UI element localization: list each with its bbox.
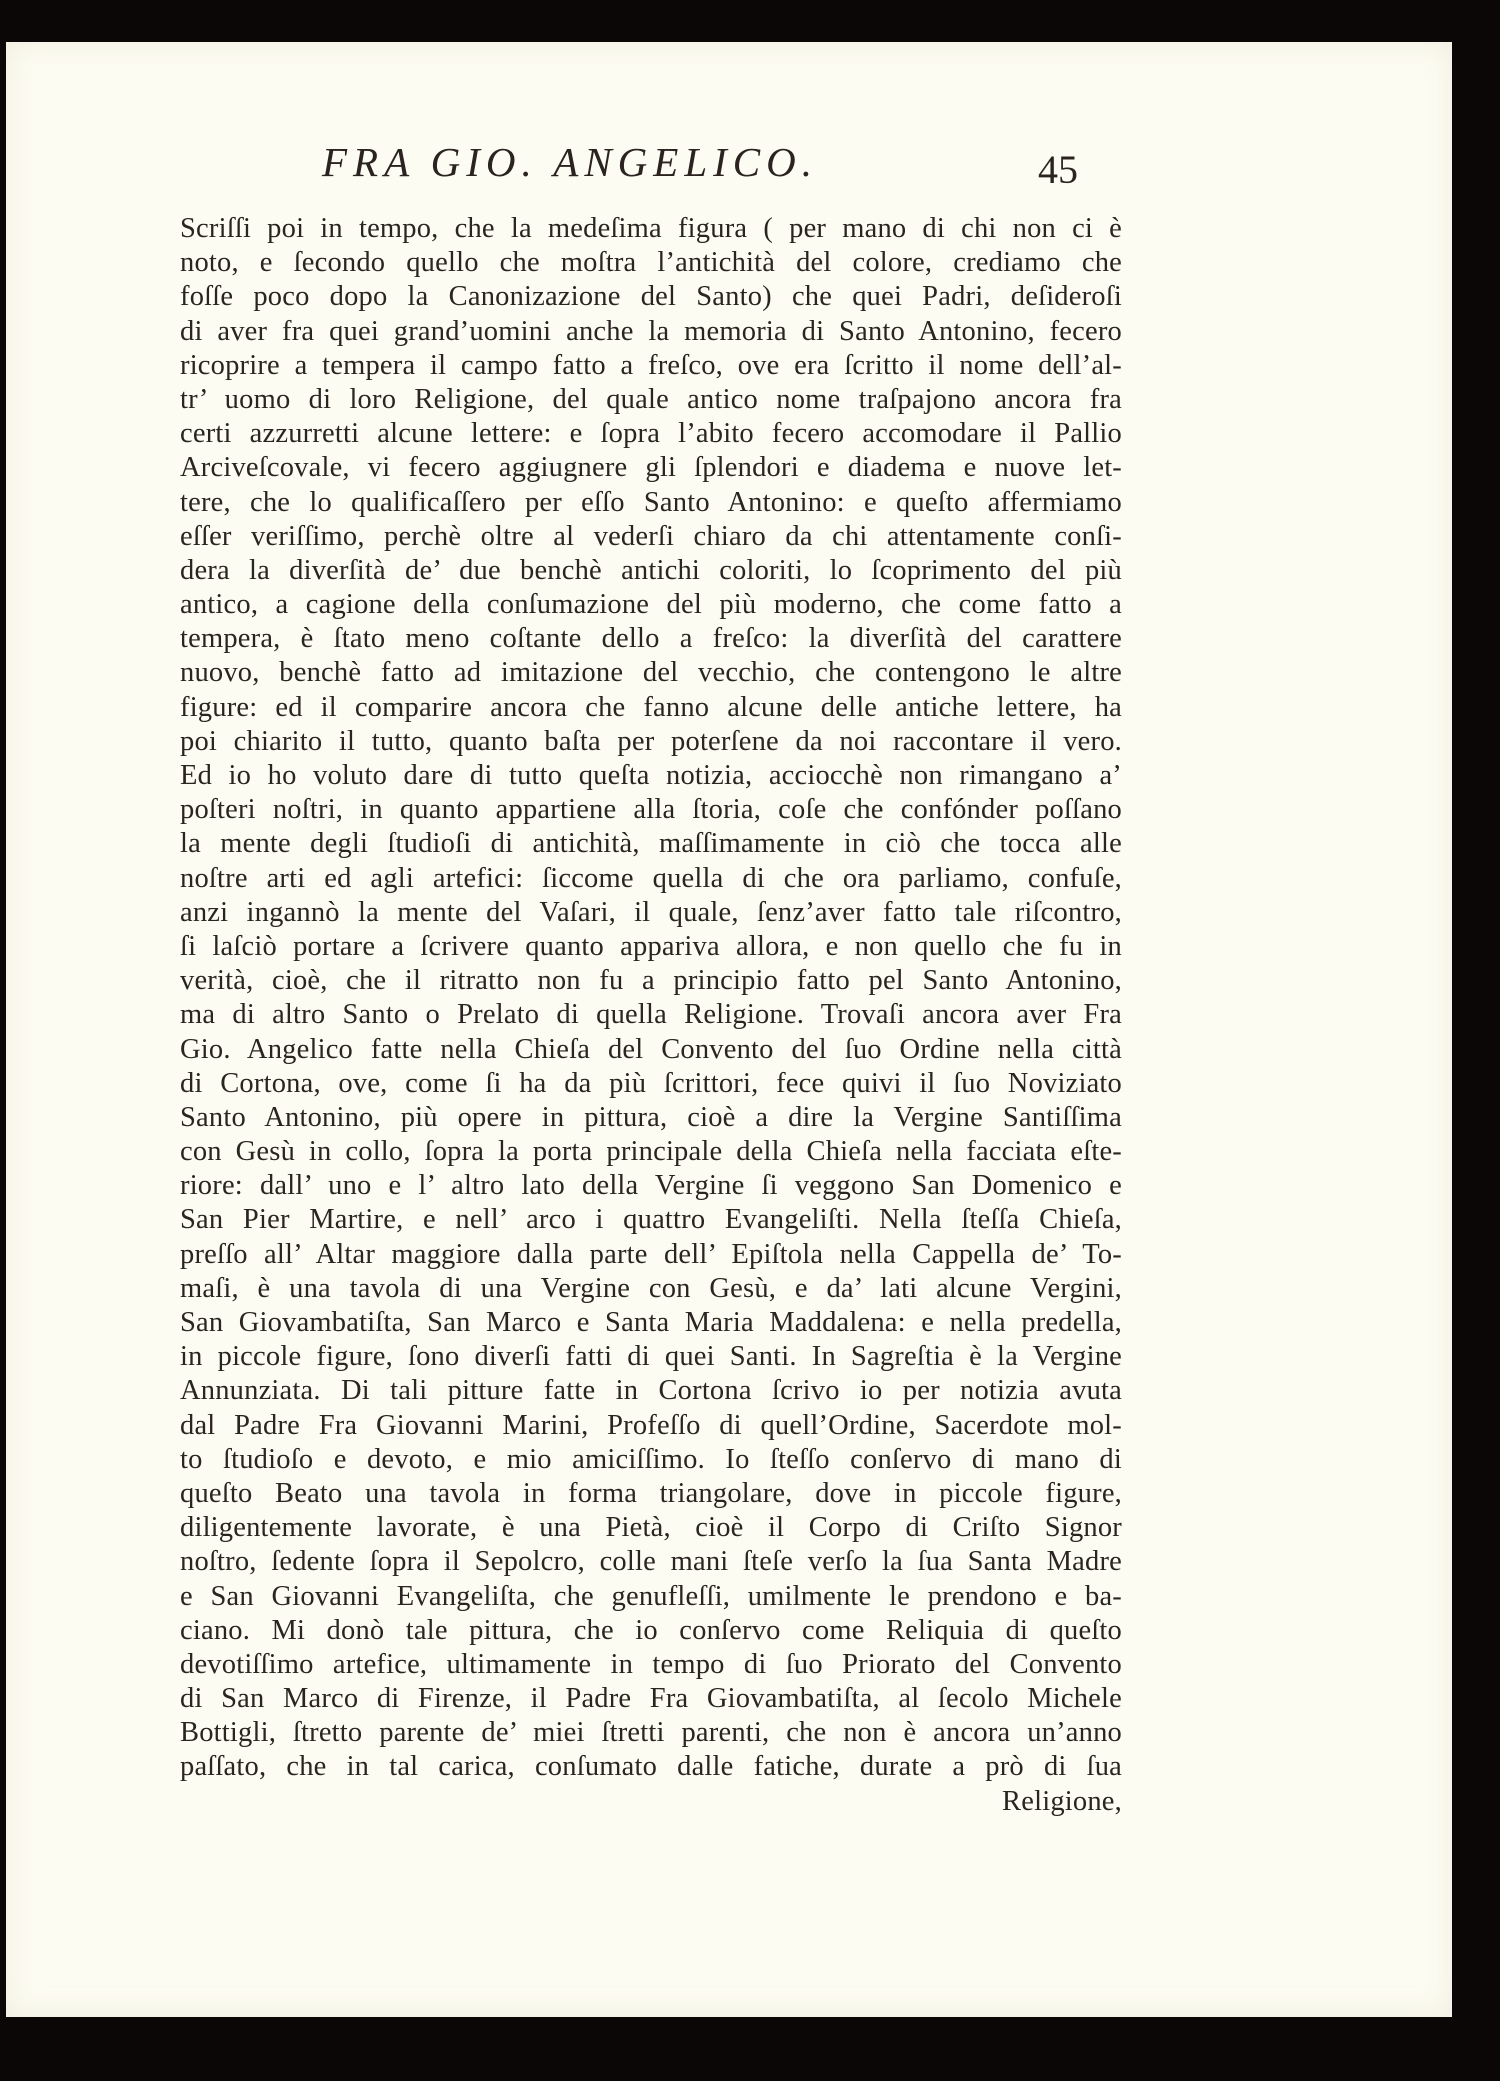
text-line: Arciveſcovale, vi fecero aggiugnere gli … [180, 451, 1122, 485]
text-line: anzi ingannò la mente del Vaſari, il qua… [180, 896, 1122, 930]
text-line: diligentemente lavorate, è una Pietà, ci… [180, 1511, 1122, 1545]
text-line: nuovo, benchè fatto ad imitazione del ve… [180, 656, 1122, 690]
text-line: antico, a cagione della conſumazione del… [180, 588, 1122, 622]
text-line: foſſe poco dopo la Canonizazione del San… [180, 280, 1122, 314]
text-line: Scriſſi poi in tempo, che la medeſima fi… [180, 212, 1122, 246]
text-line: queſto Beato una tavola in forma triango… [180, 1477, 1122, 1511]
text-line: Bottigli, ſtretto parente de’ miei ſtret… [180, 1716, 1122, 1750]
text-line: figure: ed il comparire ancora che fanno… [180, 691, 1122, 725]
page-number: 45 [1038, 146, 1078, 193]
text-line: San Pier Martire, e nell’ arco i quattro… [180, 1203, 1122, 1237]
text-line: Ed io ho voluto dare di tutto queſta not… [180, 759, 1122, 793]
text-line: paſſato, che in tal carica, conſumato da… [180, 1750, 1122, 1784]
text-line: noſtre arti ed agli artefici: ſiccome qu… [180, 862, 1122, 896]
text-line: la mente degli ſtudioſi di antichità, ma… [180, 827, 1122, 861]
text-line: to ſtudioſo e devoto, e mio amiciſſimo. … [180, 1443, 1122, 1477]
text-line: ma di altro Santo o Prelato di quella Re… [180, 998, 1122, 1032]
text-line: Annunziata. Di tali pitture fatte in Cor… [180, 1374, 1122, 1408]
text-line: tempera, è ſtato meno coſtante dello a f… [180, 622, 1122, 656]
text-line: poſteri noſtri, in quanto appartiene all… [180, 793, 1122, 827]
text-line: Santo Antonino, più opere in pittura, ci… [180, 1101, 1122, 1135]
text-line: con Gesù in collo, ſopra la porta princi… [180, 1135, 1122, 1169]
text-line: ciano. Mi donò tale pittura, che io conſ… [180, 1614, 1122, 1648]
text-line: noſtro, ſedente ſopra il Sepolcro, colle… [180, 1545, 1122, 1579]
text-line: dera la diverſità de’ due benchè antichi… [180, 554, 1122, 588]
text-line: devotiſſimo artefice, ultimamente in tem… [180, 1648, 1122, 1682]
text-line: San Giovambatiſta, San Marco e Santa Mar… [180, 1306, 1122, 1340]
text-line: preſſo all’ Altar maggiore dalla parte d… [180, 1238, 1122, 1272]
text-line: dal Padre Fra Giovanni Marini, Profeſſo … [180, 1409, 1122, 1443]
text-line: di aver fra quei grand’uomini anche la m… [180, 315, 1122, 349]
text-line: eſſer veriſſimo, perchè oltre al vederſi… [180, 520, 1122, 554]
text-line: ricoprire a tempera il campo fatto a fre… [180, 349, 1122, 383]
text-line: certi azzurretti alcune lettere: e ſopra… [180, 417, 1122, 451]
running-title: FRA GIO. ANGELICO. [322, 138, 818, 186]
running-head: FRA GIO. ANGELICO. 45 [0, 138, 1500, 188]
text-line: verità, cioè, che il ritratto non fu a p… [180, 964, 1122, 998]
text-line: ſi laſciò portare a ſcrivere quanto appa… [180, 930, 1122, 964]
text-line: e San Giovanni Evangeliſta, che genufleſ… [180, 1580, 1122, 1614]
body-text: Scriſſi poi in tempo, che la medeſima fi… [180, 212, 1122, 1819]
text-line: noto, e ſecondo quello che moſtra l’anti… [180, 246, 1122, 280]
text-line: in piccole figure, ſono diverſi fatti di… [180, 1340, 1122, 1374]
text-line: tere, che lo qualificaſſero per eſſo San… [180, 486, 1122, 520]
catchword: Religione, [180, 1785, 1122, 1819]
text-line: poi chiarito il tutto, quanto baſta per … [180, 725, 1122, 759]
text-line: Gio. Angelico fatte nella Chieſa del Con… [180, 1033, 1122, 1067]
text-line: di San Marco di Firenze, il Padre Fra Gi… [180, 1682, 1122, 1716]
text-line: maſi, è una tavola di una Vergine con Ge… [180, 1272, 1122, 1306]
text-line: tr’ uomo di loro Religione, del quale an… [180, 383, 1122, 417]
text-line: di Cortona, ove, come ſi ha da più ſcrit… [180, 1067, 1122, 1101]
text-line: riore: dall’ uno e l’ altro lato della V… [180, 1169, 1122, 1203]
